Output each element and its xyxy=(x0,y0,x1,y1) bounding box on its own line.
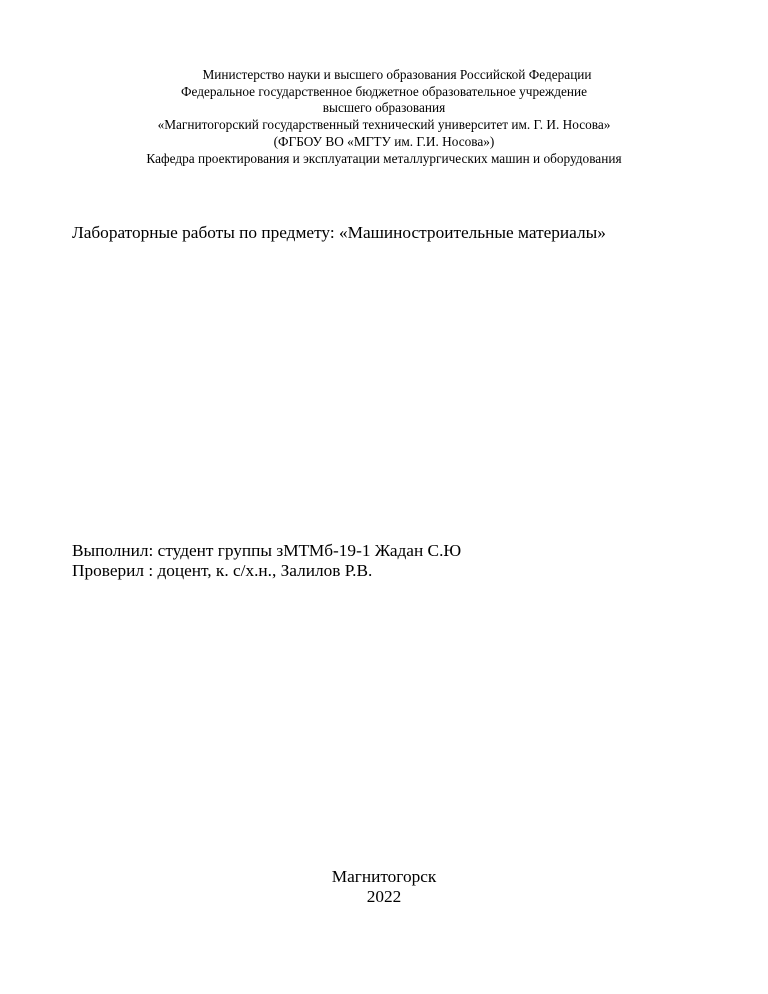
checked-by: Проверил : доцент, к. с/х.н., Залилов Р.… xyxy=(72,561,461,581)
authors-block: Выполнил: студент группы зМТМб-19-1 Жада… xyxy=(72,541,461,581)
document-title: Лабораторные работы по предмету: «Машино… xyxy=(72,222,606,243)
institution-type-line: Федеральное государственное бюджетное об… xyxy=(0,84,768,101)
university-name-line: «Магнитогорский государственный техничес… xyxy=(0,117,768,134)
city: Магнитогорск xyxy=(0,867,768,887)
year: 2022 xyxy=(0,887,768,907)
university-abbreviation-line: (ФГБОУ ВО «МГТУ им. Г.И. Носова») xyxy=(0,134,768,151)
department-line: Кафедра проектирования и эксплуатации ме… xyxy=(0,151,768,168)
education-level-line: высшего образования xyxy=(0,100,768,117)
title-page-footer: Магнитогорск 2022 xyxy=(0,867,768,907)
performed-by: Выполнил: студент группы зМТМб-19-1 Жада… xyxy=(72,541,461,561)
ministry-line: Министерство науки и высшего образования… xyxy=(0,67,768,84)
title-page-header: Министерство науки и высшего образования… xyxy=(0,67,768,167)
